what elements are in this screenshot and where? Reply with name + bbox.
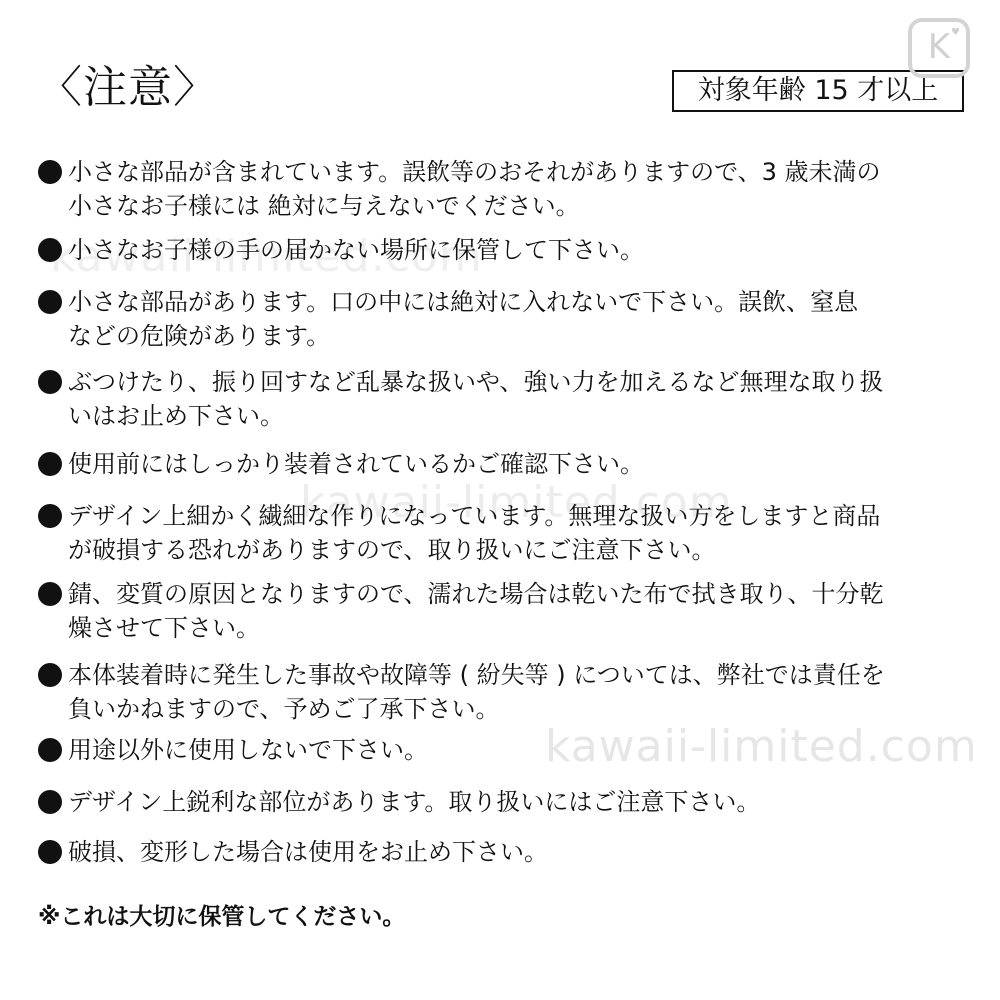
caution-text: が破損する恐れがありますので、取り扱いにご注意下さい。: [68, 533, 880, 567]
caution-item: ぶつけたり、振り回すなど乱暴な扱いや、強い力を加えるなど無理な取り扱 いはお止め…: [38, 365, 884, 433]
caution-text: 小さなお子様の手の届かない場所に保管して下さい。: [68, 233, 644, 267]
caution-text: などの危険があります。: [68, 319, 858, 353]
bullet-icon: [38, 504, 62, 528]
bullet-icon: [38, 160, 62, 184]
caution-text: 小さな部品が含まれています。誤飲等のおそれがありますので、3 歳未満の: [68, 155, 881, 189]
bullet-icon: [38, 370, 62, 394]
caution-text: 燥させて下さい。: [68, 611, 884, 645]
caution-text: デザイン上鋭利な部位があります。取り扱いにはご注意下さい。: [68, 785, 760, 819]
bullet-icon: [38, 663, 62, 687]
caution-item: 用途以外に使用しないで下さい。: [38, 733, 428, 767]
caution-item: デザイン上鋭利な部位があります。取り扱いにはご注意下さい。: [38, 785, 760, 819]
bullet-icon: [38, 452, 62, 476]
bullet-icon: [38, 238, 62, 262]
caution-text: 小さな部品があります。口の中には絶対に入れないで下さい。誤飲、窒息: [68, 285, 858, 319]
caution-text: 破損、変形した場合は使用をお止め下さい。: [68, 835, 548, 869]
watermark: kawaii-limited.com: [545, 722, 978, 772]
bullet-icon: [38, 290, 62, 314]
caution-item: 小さなお子様の手の届かない場所に保管して下さい。: [38, 233, 644, 267]
caution-item: 本体装着時に発生した事故や故障等 ( 紛失等 ) については、弊社では責任を 負…: [38, 658, 885, 726]
caution-text: 使用前にはしっかり装着されているかご確認下さい。: [68, 447, 644, 481]
bullet-icon: [38, 738, 62, 762]
caution-item: 小さな部品が含まれています。誤飲等のおそれがありますので、3 歳未満の 小さなお…: [38, 155, 881, 223]
caution-text: 負いかねますので、予めご了承下さい。: [68, 692, 885, 726]
footer-note: ※これは大切に保管してください。: [38, 900, 405, 934]
caution-text: 本体装着時に発生した事故や故障等 ( 紛失等 ) については、弊社では責任を: [68, 658, 885, 692]
heart-icon: ♥: [951, 28, 960, 38]
caution-text: デザイン上細かく繊細な作りになっています。無理な扱い方をしますと商品: [68, 499, 880, 533]
page-title: 〈注意〉: [38, 60, 218, 116]
bullet-icon: [38, 582, 62, 606]
caution-text: 小さなお子様には 絶対に与えないでください。: [68, 189, 881, 223]
bullet-icon: [38, 790, 62, 814]
caution-text: 用途以外に使用しないで下さい。: [68, 733, 428, 767]
caution-item: 錆、変質の原因となりますので、濡れた場合は乾いた布で拭き取り、十分乾 燥させて下…: [38, 577, 884, 645]
caution-text: 錆、変質の原因となりますので、濡れた場合は乾いた布で拭き取り、十分乾: [68, 577, 884, 611]
caution-item: 使用前にはしっかり装着されているかご確認下さい。: [38, 447, 644, 481]
caution-item: デザイン上細かく繊細な作りになっています。無理な扱い方をしますと商品 が破損する…: [38, 499, 880, 567]
caution-item: 破損、変形した場合は使用をお止め下さい。: [38, 835, 548, 869]
bullet-icon: [38, 840, 62, 864]
caution-text: いはお止め下さい。: [68, 399, 884, 433]
logo-letter: K: [928, 27, 950, 67]
kawaii-logo-icon: K ♥: [908, 18, 970, 78]
caution-text: ぶつけたり、振り回すなど乱暴な扱いや、強い力を加えるなど無理な取り扱: [68, 365, 884, 399]
caution-item: 小さな部品があります。口の中には絶対に入れないで下さい。誤飲、窒息 などの危険が…: [38, 285, 858, 353]
